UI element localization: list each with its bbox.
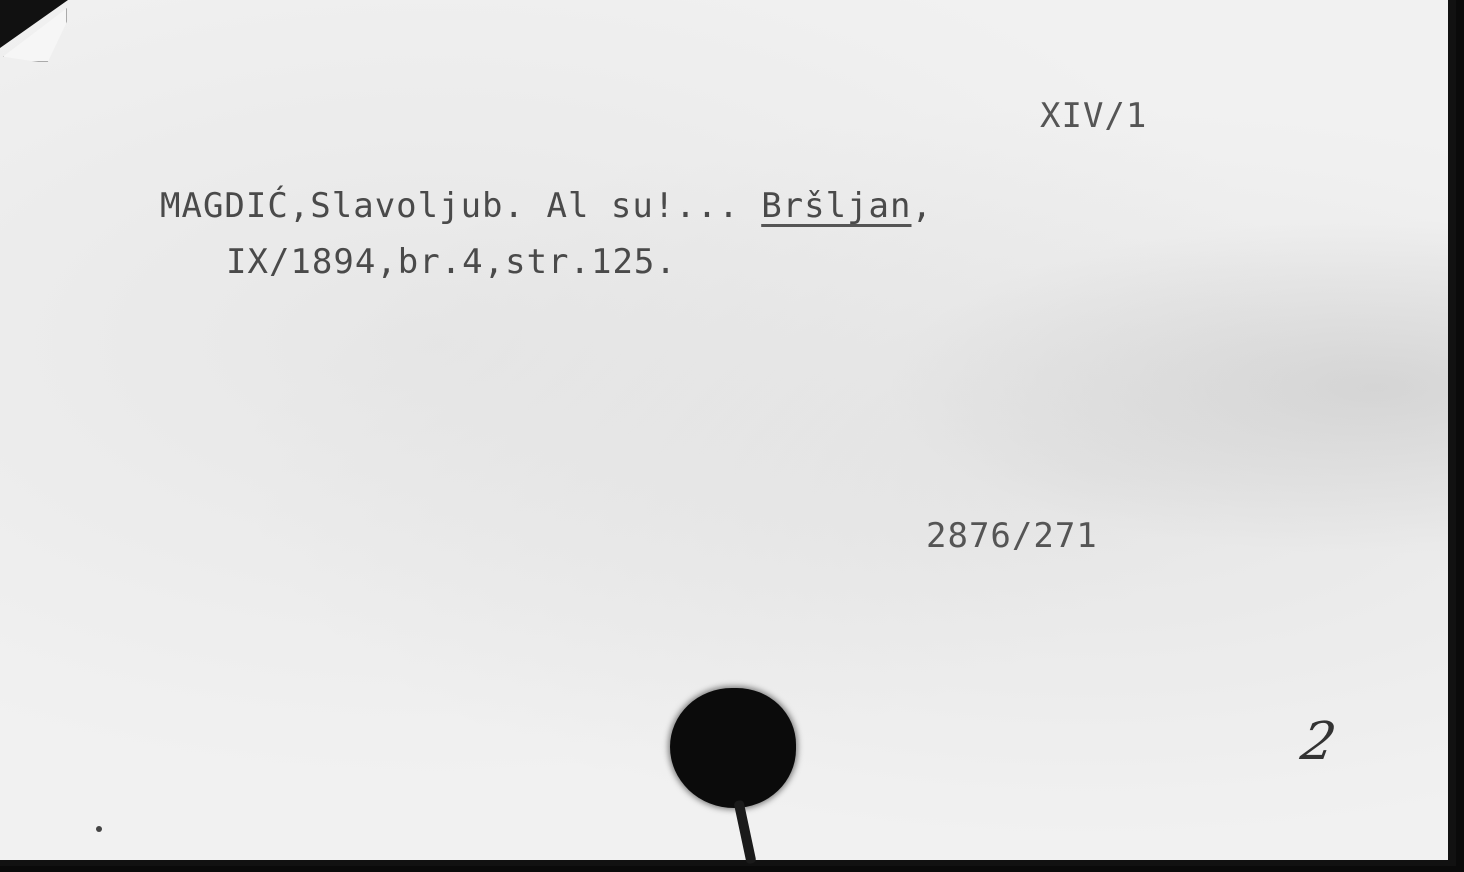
entry-author: MAGDIĆ,Slavoljub. bbox=[160, 186, 525, 226]
punch-hole-tear bbox=[733, 800, 756, 865]
entry-line-1: MAGDIĆ,Slavoljub. Al su!... Bršljan, bbox=[160, 186, 933, 226]
punch-hole bbox=[670, 688, 796, 808]
call-number: XIV/1 bbox=[1040, 96, 1147, 136]
entry-journal: Bršljan bbox=[761, 186, 911, 226]
entry-line-2: IX/1894,br.4,str.125. bbox=[226, 242, 677, 282]
entry-title: Al su!... bbox=[546, 186, 739, 226]
handwritten-mark: 2 bbox=[1297, 712, 1341, 772]
ink-speck bbox=[96, 826, 102, 832]
entry-journal-comma: , bbox=[912, 186, 933, 226]
accession-number: 2876/271 bbox=[926, 516, 1098, 556]
catalog-card: XIV/1 MAGDIĆ,Slavoljub. Al su!... Bršlja… bbox=[0, 0, 1456, 866]
